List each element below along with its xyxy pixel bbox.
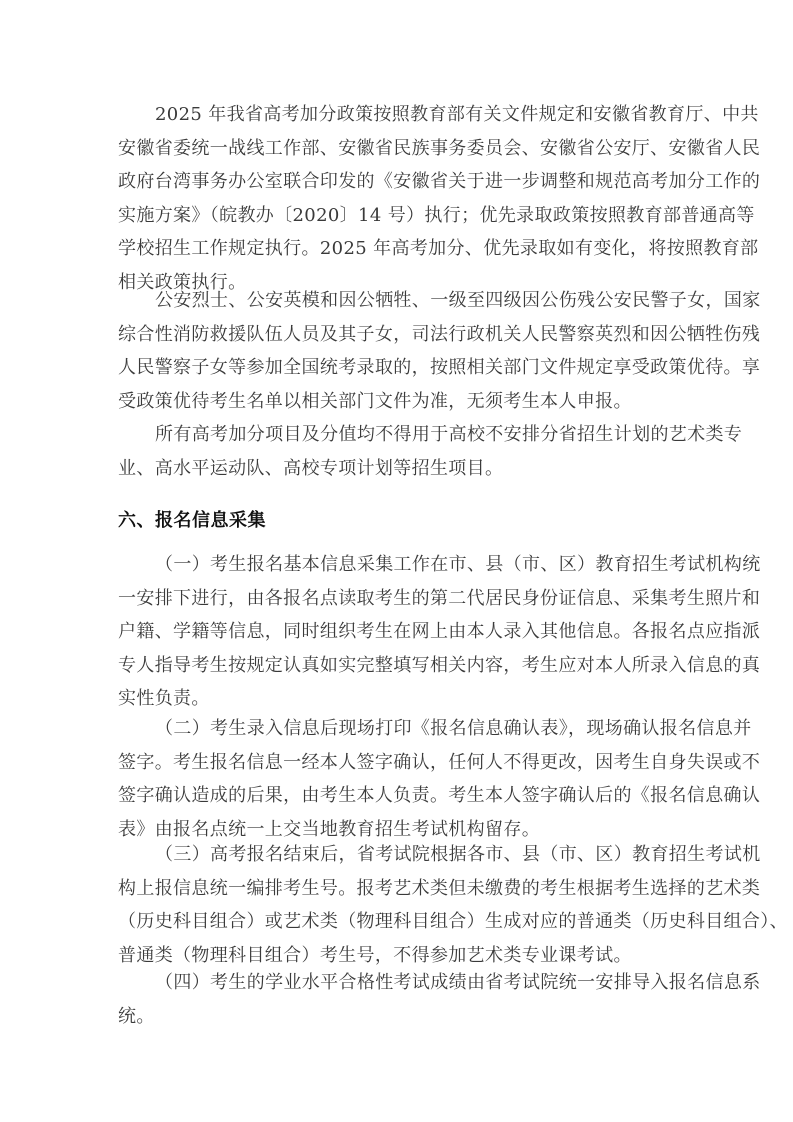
text-line: 政府台湾事务办公室联合印发的《安徽省关于进一步调整和规范高考加分工作的 — [118, 165, 678, 199]
text-line: 2025 年我省高考加分政策按照教育部有关文件规定和安徽省教育厅、中共 — [118, 98, 678, 132]
text-line: 构上报信息统一编排考生号。报考艺术类但未缴费的考生根据考生选择的艺术类 — [118, 872, 678, 906]
text-line: （三）高考报名结束后，省考试院根据各市、县（市、区）教育招生考试机 — [118, 838, 678, 872]
paragraph-info-collection-1: （一）考生报名基本信息采集工作在市、县（市、区）教育招生考试机构统 一安排下进行… — [118, 548, 678, 716]
text-line: 人民警察子女等参加全国统考录取的，按照相关部门文件规定享受政策优待。享 — [118, 351, 678, 385]
text-line: 学校招生工作规定执行。2025 年高考加分、优先录取如有变化，将按照教育部 — [118, 232, 678, 266]
text-line: 签字确认造成的后果，由考生本人负责。考生本人签字确认后的《报名信息确认 — [118, 779, 678, 813]
paragraph-info-collection-4: （四）考生的学业水平合格性考试成绩由省考试院统一安排导入报名信息系 统。 — [118, 966, 678, 1033]
text-line: （四）考生的学业水平合格性考试成绩由省考试院统一安排导入报名信息系 — [118, 966, 678, 1000]
text-line: 实性负责。 — [118, 682, 678, 716]
text-line: 综合性消防救援队伍人员及其子女，司法行政机关人民警察英烈和因公牺牲伤残 — [118, 318, 678, 352]
text-line: 安徽省委统一战线工作部、安徽省民族事务委员会、安徽省公安厅、安徽省人民 — [118, 132, 678, 166]
text-line: 签字。考生报名信息一经本人签字确认，任何人不得更改，因考生自身失误或不 — [118, 746, 678, 780]
text-line: 所有高考加分项目及分值均不得用于高校不安排分省招生计划的艺术类专 — [118, 418, 678, 452]
text-line: 受政策优待考生名单以相关部门文件为准，无须考生本人申报。 — [118, 385, 678, 419]
paragraph-info-collection-2: （二）考生录入信息后现场打印《报名信息确认表》，现场确认报名信息并 签字。考生报… — [118, 712, 678, 846]
text-line: 公安烈士、公安英模和因公牺牲、一级至四级因公伤残公安民警子女，国家 — [118, 284, 678, 318]
paragraph-bonus-restrictions: 所有高考加分项目及分值均不得用于高校不安排分省招生计划的艺术类专 业、高水平运动… — [118, 418, 678, 485]
text-line: 实施方案》（皖教办〔2020〕14 号）执行；优先录取政策按照教育部普通高等 — [118, 199, 678, 233]
text-line: （二）考生录入信息后现场打印《报名信息确认表》，现场确认报名信息并 — [118, 712, 678, 746]
paragraph-info-collection-3: （三）高考报名结束后，省考试院根据各市、县（市、区）教育招生考试机 构上报信息统… — [118, 838, 678, 972]
paragraph-bonus-policy: 2025 年我省高考加分政策按照教育部有关文件规定和安徽省教育厅、中共 安徽省委… — [118, 98, 678, 299]
text-line: 一安排下进行，由各报名点读取考生的第二代居民身份证信息、采集考生照片和 — [118, 582, 678, 616]
text-line: 统。 — [118, 1000, 678, 1034]
text-line: （历史科目组合）或艺术类（物理科目组合）生成对应的普通类（历史科目组合）、 — [118, 905, 678, 939]
text-line: 户籍、学籍等信息，同时组织考生在网上由本人录入其他信息。各报名点应指派 — [118, 615, 678, 649]
text-line: 业、高水平运动队、高校专项计划等招生项目。 — [118, 452, 678, 486]
section-heading: 六、报名信息采集 — [118, 506, 266, 532]
text-line: （一）考生报名基本信息采集工作在市、县（市、区）教育招生考试机构统 — [118, 548, 678, 582]
paragraph-police-preferential: 公安烈士、公安英模和因公牺牲、一级至四级因公伤残公安民警子女，国家 综合性消防救… — [118, 284, 678, 418]
text-line: 专人指导考生按规定认真如实完整填写相关内容，考生应对本人所录入信息的真 — [118, 649, 678, 683]
